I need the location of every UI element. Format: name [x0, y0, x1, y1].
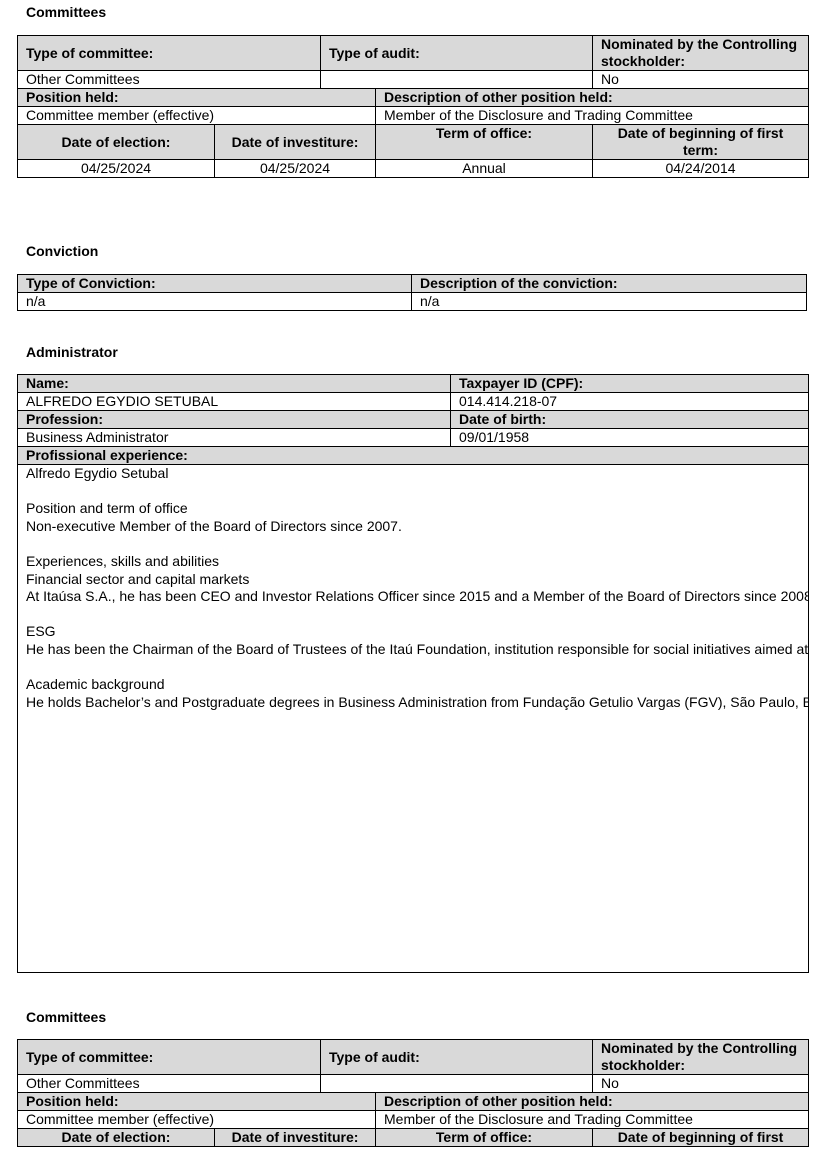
- committees-table: Type of committee: Type of audit: Nomina…: [17, 35, 809, 178]
- experience-label: Profissional experience:: [18, 447, 809, 465]
- other-position-label: Description of other position held:: [376, 1093, 809, 1111]
- experience-name-line: Alfredo Egydio Setubal: [26, 465, 800, 483]
- date-of-investiture-label: Date of investiture:: [215, 125, 376, 160]
- position-text: Non-executive Member of the Board of Dir…: [26, 518, 800, 536]
- conviction-type-label: Type of Conviction:: [18, 275, 412, 293]
- esg-heading: ESG: [26, 623, 800, 641]
- name-label: Name:: [18, 375, 451, 393]
- nominated-value: No: [593, 71, 809, 89]
- date-first-term-value: 04/24/2014: [593, 160, 809, 178]
- administrator-table: Name: Taxpayer ID (CPF): ALFREDO EGYDIO …: [17, 374, 809, 973]
- position-heading: Position and term of office: [26, 500, 800, 518]
- date-of-election-label: Date of election:: [18, 125, 215, 160]
- type-of-committee-value: Other Committees: [18, 71, 321, 89]
- conviction-description-label: Description of the conviction:: [412, 275, 807, 293]
- skills-heading: Experiences, skills and abilities: [26, 553, 800, 571]
- type-of-committee-label: Type of committee:: [18, 1040, 321, 1075]
- position-held-label: Position held:: [18, 1093, 376, 1111]
- conviction-table: Type of Conviction: Description of the c…: [17, 274, 807, 311]
- date-of-investiture-value: 04/25/2024: [215, 160, 376, 178]
- term-of-office-label: Term of office:: [376, 125, 593, 160]
- committees-section-title-2: Committees: [26, 1009, 106, 1025]
- dob-label: Date of birth:: [451, 411, 809, 429]
- conviction-type-value: n/a: [18, 293, 412, 311]
- administrator-section-title: Administrator: [26, 344, 118, 360]
- type-of-audit-value: [321, 71, 593, 89]
- term-of-office-value: Annual: [376, 160, 593, 178]
- type-of-audit-value: [321, 1075, 593, 1093]
- type-of-committee-label: Type of committee:: [18, 36, 321, 71]
- nominated-label: Nominated by the Controlling stockholder…: [593, 1040, 809, 1075]
- conviction-section-title: Conviction: [26, 243, 98, 259]
- esg-text: He has been the Chairman of the Board of…: [26, 641, 800, 659]
- financial-text: At Itaúsa S.A., he has been CEO and Inve…: [26, 588, 800, 606]
- nominated-value: No: [593, 1075, 809, 1093]
- financial-heading: Financial sector and capital markets: [26, 571, 800, 589]
- profession-value: Business Administrator: [18, 429, 451, 447]
- position-held-value: Committee member (effective): [18, 1111, 376, 1129]
- term-of-office-label: Term of office:: [376, 1129, 593, 1147]
- cpf-label: Taxpayer ID (CPF):: [451, 375, 809, 393]
- nominated-label: Nominated by the Controlling stockholder…: [593, 36, 809, 71]
- cpf-value: 014.414.218-07: [451, 393, 809, 411]
- committees-section-title: Committees: [26, 4, 106, 20]
- other-position-label: Description of other position held:: [376, 89, 809, 107]
- date-of-election-label: Date of election:: [18, 1129, 215, 1147]
- date-first-term-label: Date of beginning of first: [593, 1129, 809, 1147]
- profession-label: Profession:: [18, 411, 451, 429]
- academic-text: He holds Bachelor’s and Postgraduate deg…: [26, 694, 800, 712]
- other-position-value: Member of the Disclosure and Trading Com…: [376, 1111, 809, 1129]
- dob-value: 09/01/1958: [451, 429, 809, 447]
- academic-heading: Academic background: [26, 676, 800, 694]
- date-first-term-label: Date of beginning of first term:: [593, 125, 809, 160]
- other-position-value: Member of the Disclosure and Trading Com…: [376, 107, 809, 125]
- experience-body: Alfredo Egydio Setubal Position and term…: [18, 465, 809, 973]
- type-of-audit-label: Type of audit:: [321, 1040, 593, 1075]
- position-held-label: Position held:: [18, 89, 376, 107]
- type-of-audit-label: Type of audit:: [321, 36, 593, 71]
- date-of-election-value: 04/25/2024: [18, 160, 215, 178]
- conviction-description-value: n/a: [412, 293, 807, 311]
- position-held-value: Committee member (effective): [18, 107, 376, 125]
- date-of-investiture-label: Date of investiture:: [215, 1129, 376, 1147]
- name-value: ALFREDO EGYDIO SETUBAL: [18, 393, 451, 411]
- committees-table-2: Type of committee: Type of audit: Nomina…: [17, 1039, 809, 1147]
- type-of-committee-value: Other Committees: [18, 1075, 321, 1093]
